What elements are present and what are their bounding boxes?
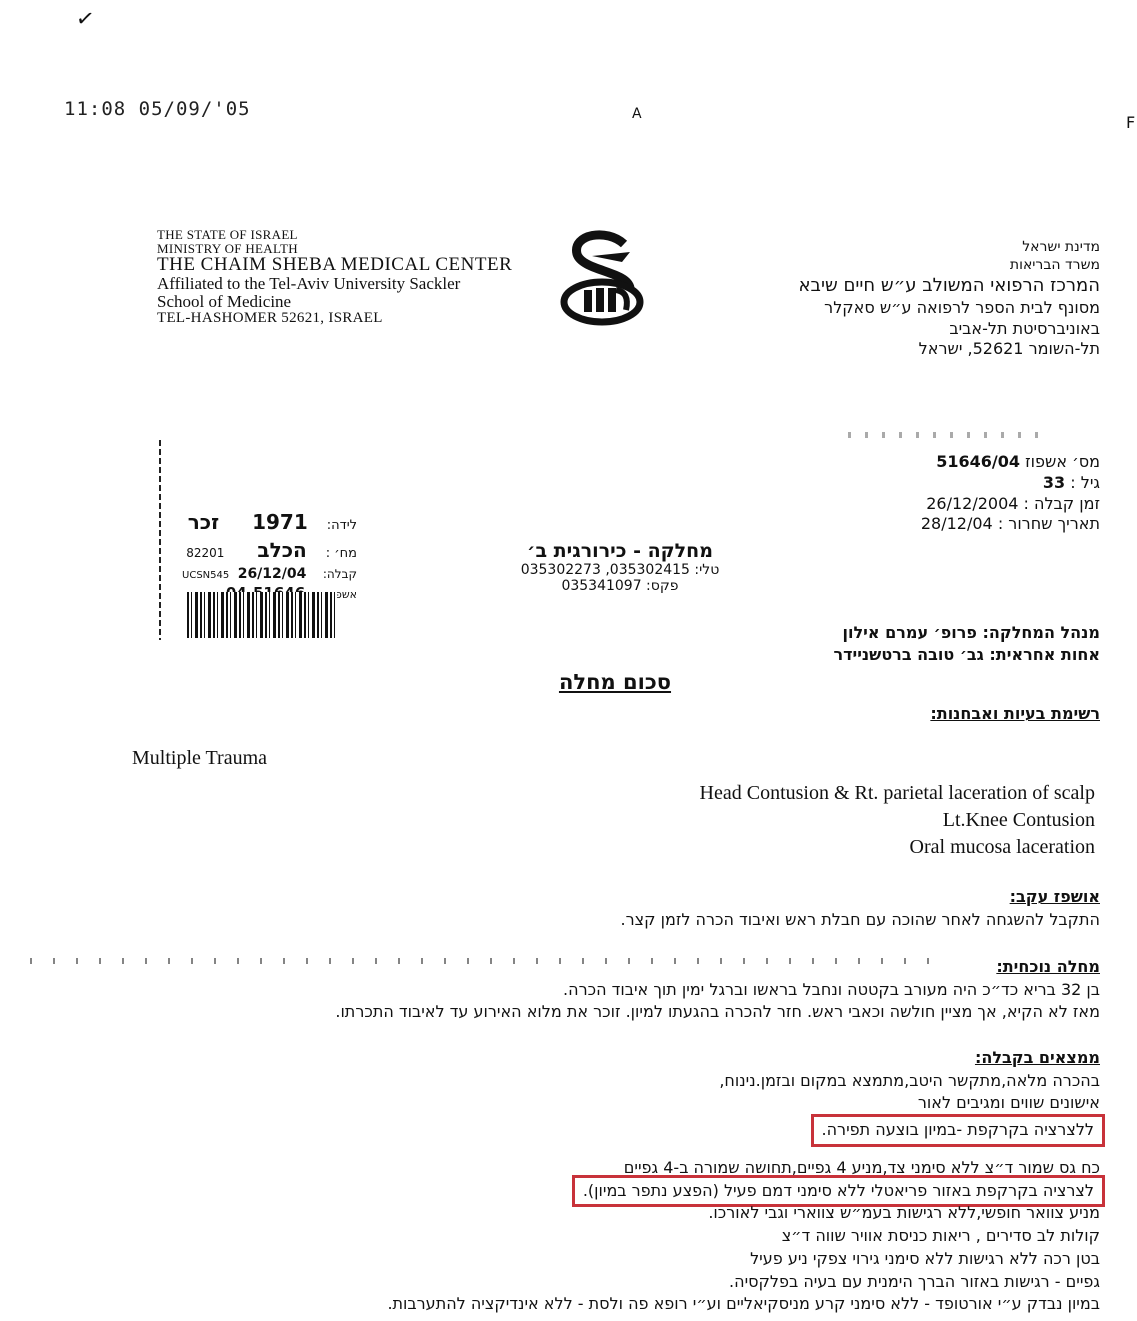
current-illness-line: מאז לא הקיא, אך מציין חולשה וכאבי ראש. ח… (100, 1001, 1100, 1024)
city-value: הכלב (257, 538, 306, 562)
barcode (187, 592, 337, 638)
hospital-name: THE CHAIM SHEBA MEDICAL CENTER (157, 255, 512, 275)
city-label: מח׳ : (326, 546, 357, 561)
university-line-he: באוניברסיטת תל-אביב (700, 319, 1100, 340)
birth-year: 1971 (252, 510, 308, 534)
fax-timestamp: 11:08 05/09/'05 (64, 98, 251, 120)
admission-reason-label: אושפז עקב: (100, 886, 1100, 909)
sheba-serpent-logo-icon (552, 226, 652, 326)
edge-mark: F (1126, 113, 1135, 132)
checkmark-icon: ✓ (74, 5, 96, 33)
sticker-admit-row: קבלה: 26/12/04 UCSN545 (182, 566, 357, 582)
diagnosis-item: Lt.Knee Contusion (595, 807, 1095, 834)
physical-exam-section: כח גס שמור ד״צ ללא סימני צד,מניע 4 גפיים… (100, 1157, 1100, 1316)
sticker-city-row: מח׳ : הכלב 82201 (186, 538, 357, 562)
current-illness-label: מחלה נוכחית: (100, 956, 1100, 979)
diagnoses-list: Head Contusion & Rt. parietal laceration… (595, 780, 1095, 861)
affiliation-line: Affiliated to the Tel-Aviv University Sa… (157, 275, 512, 293)
admission-reason-section: אושפז עקב: התקבל להשגחה לאחר שהוכה עם חב… (100, 886, 1100, 931)
birth-label: לידה: (327, 518, 357, 533)
department-head: מנהל המחלקה: פרופ׳ עמרם אילון (700, 622, 1100, 644)
head-nurse: אחות אחראית: גב׳ טובה ברטשניידר (700, 644, 1100, 666)
affiliation-line-he: מסונף לבית הספר לרפואה ע״ש סאקלר (700, 298, 1100, 319)
state-line: THE STATE OF ISRAEL (157, 228, 512, 242)
admit-label: קבלה: (323, 567, 357, 581)
sex-value: זכר (188, 510, 219, 534)
letterhead-english: THE STATE OF ISRAEL MINISTRY OF HEALTH T… (157, 228, 512, 327)
document-title: סכום מחלה (520, 670, 710, 694)
diagnosis-item: Oral mucosa laceration (595, 834, 1095, 861)
ministry-line-he: משרד הבריאות (700, 256, 1100, 274)
staff-block: מנהל המחלקה: פרופ׳ עמרם אילון אחות אחראי… (700, 622, 1100, 665)
admit-date: 26/12/04 (238, 566, 307, 582)
city-code: 82201 (186, 546, 224, 560)
exam-line: במיון נבדק ע״י אורטופד - ללא סימני קרע מ… (100, 1293, 1100, 1316)
exam-line: מניע צוואר חופשי,ללא רגישות בעמ״ש צווארי… (100, 1202, 1100, 1225)
diagnoses-label: רשימת בעיות ואבחנות: (930, 704, 1100, 723)
school-line: School of Medicine (157, 293, 512, 311)
department-title: מחלקה - כירורגית ב׳ (490, 540, 750, 562)
admission-date-row: זמן קבלה : 26/12/2004 (800, 494, 1100, 515)
department-block: מחלקה - כירורגית ב׳ טלי: 035302415, 0353… (490, 540, 750, 594)
admission-findings-label: ממצאים בקבלה: (100, 1047, 1100, 1070)
admission-reason-text: התקבל להשגחה לאחר שהוכה עם חבלת ראש ואיב… (100, 909, 1100, 932)
findings-line: בהכרה מלאה,מתקשר היטב,מתמצא במקום ובזמן.… (100, 1070, 1100, 1093)
ministry-line: MINISTRY OF HEALTH (157, 242, 512, 256)
findings-line: אישונים שווים ומגיבים לאור (100, 1092, 1100, 1115)
primary-diagnosis: Multiple Trauma (132, 747, 267, 770)
exam-line: כח גס שמור ד״צ ללא סימני צד,מניע 4 גפיים… (100, 1157, 1100, 1180)
patient-sticker: לידה: 1971 זכר מח׳ : הכלב 82201 קבלה: 26… (157, 440, 367, 640)
exam-line: בטן רכה ללא רגישות ללא סימני גירוי צפקי … (100, 1248, 1100, 1271)
highlighted-finding: ללצרציה בקרקפת -במיון בוצעה תפירה. (816, 1119, 1100, 1142)
state-line-he: מדינת ישראל (700, 238, 1100, 256)
department-phones: טלי: 035302415, 035302273 (490, 562, 750, 578)
hospital-name-he: המרכז הרפואי המשולב ע״ש חיים שיבא (700, 274, 1100, 297)
address-line: TEL-HASHOMER 52621, ISRAEL (157, 311, 512, 327)
admission-info: מס׳ אשפוז 51646/04 גיל : 33 זמן קבלה : 2… (800, 452, 1100, 535)
sticker-birth-row: לידה: 1971 זכר (188, 510, 357, 534)
exam-line: גפיים - רגישות באזור הברך הימנית עם בעיה… (100, 1271, 1100, 1294)
current-illness-section: מחלה נוכחית: בן 32 בריא כד״כ היה מעורב ב… (100, 956, 1100, 1024)
page-marker: A (632, 106, 642, 122)
diagnosis-item: Head Contusion & Rt. parietal laceration… (595, 780, 1095, 807)
scan-noise (848, 432, 1048, 438)
case-number-row: מס׳ אשפוז 51646/04 (800, 452, 1100, 473)
admission-findings-section: ממצאים בקבלה: בהכרה מלאה,מתקשר היטב,מתמצ… (100, 1047, 1100, 1142)
age-row: גיל : 33 (800, 473, 1100, 494)
department-fax: פקס: 035341097 (490, 578, 750, 594)
release-date-row: תאריך שחרור : 28/12/04 (800, 514, 1100, 535)
admit-code: UCSN545 (182, 570, 229, 581)
address-line-he: תל-השומר 52621, ישראל (700, 339, 1100, 360)
highlighted-exam-finding: לצרציה בקרקפת באזור פריאטלי ללא סימני דמ… (577, 1180, 1100, 1203)
current-illness-line: בן 32 בריא כד״כ היה מעורב בקטטה ונחבל בר… (100, 979, 1100, 1002)
letterhead-hebrew: מדינת ישראל משרד הבריאות המרכז הרפואי המ… (700, 238, 1100, 360)
exam-line: קולות לב סדירים , ריאות כניסת אוויר שווה… (100, 1225, 1100, 1248)
